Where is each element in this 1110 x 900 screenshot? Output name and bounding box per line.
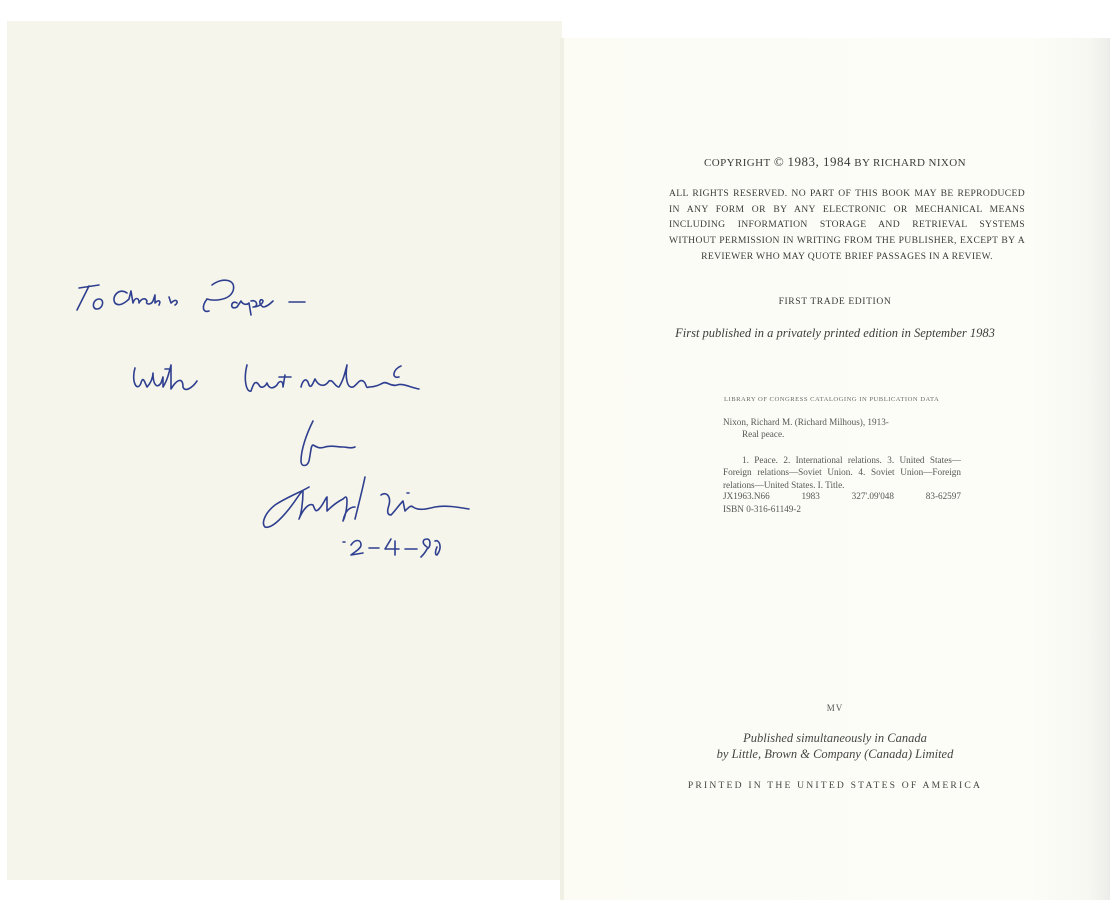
printer-code: MV — [560, 703, 1110, 713]
inscription-sentiment: With best wishes — [135, 377, 144, 378]
cip-year: 1983 — [801, 491, 819, 501]
cip-author-title: Nixon, Richard M. (Richard Milhous), 191… — [723, 416, 963, 441]
cip-title: Real peace. — [723, 428, 963, 440]
rights-reserved-notice: ALL RIGHTS RESERVED. NO PART OF THIS BOO… — [669, 186, 1025, 265]
cip-heading: LIBRARY OF CONGRESS CATALOGING IN PUBLIC… — [724, 396, 939, 403]
canada-line-2: by Little, Brown & Company (Canada) Limi… — [560, 746, 1110, 762]
first-published-statement: First published in a privately printed e… — [560, 326, 1110, 341]
inscription-sentiment-ink — [134, 365, 419, 391]
copyright-years: 1983, 1984 — [787, 154, 851, 169]
cip-lccn: 83-62597 — [926, 491, 961, 501]
copyright-notice: COPYRIGHT © 1983, 1984 BY RICHARD NIXON — [560, 154, 1110, 170]
handwritten-inscription: To Charles Pape — With best wishes from … — [7, 21, 562, 880]
inscription-ink — [7, 21, 562, 880]
inscription-page: To Charles Pape — With best wishes from … — [7, 21, 562, 880]
copyright-page: COPYRIGHT © 1983, 1984 BY RICHARD NIXON … — [560, 38, 1110, 900]
cip-classification-row: JX1963.N66 1983 327'.09'048 83-62597 — [723, 491, 961, 501]
canada-line-1: Published simultaneously in Canada — [560, 730, 1110, 746]
inscription-greeting-ink — [77, 280, 305, 315]
inscription-date-ink — [343, 539, 440, 557]
inscription-greeting: To Charles Pape — — [79, 301, 89, 302]
cip-isbn: ISBN 0-316-61149-2 — [723, 504, 801, 514]
canada-publication-notice: Published simultaneously in Canada by Li… — [560, 730, 1110, 762]
inscription-closing: from — [301, 445, 303, 446]
printed-in-notice: PRINTED IN THE UNITED STATES OF AMERICA — [560, 780, 1110, 791]
copyright-symbol: © — [774, 154, 784, 169]
cip-author: Nixon, Richard M. (Richard Milhous), 191… — [723, 416, 963, 428]
inscription-signature: Richard Nixon — [265, 505, 272, 506]
inscription-date: 12-4-91 — [343, 547, 347, 548]
cip-dewey: 327'.09'048 — [852, 491, 894, 501]
inscription-closing-ink — [301, 421, 355, 466]
cip-call-number: JX1963.N66 — [723, 491, 770, 501]
inscription-signature-ink — [263, 477, 469, 527]
copyright-holder: BY RICHARD NIXON — [854, 157, 966, 169]
copyright-prefix: COPYRIGHT — [704, 157, 771, 169]
cip-subjects: 1. Peace. 2. International relations. 3.… — [723, 454, 961, 491]
edition-statement: FIRST TRADE EDITION — [560, 296, 1110, 307]
